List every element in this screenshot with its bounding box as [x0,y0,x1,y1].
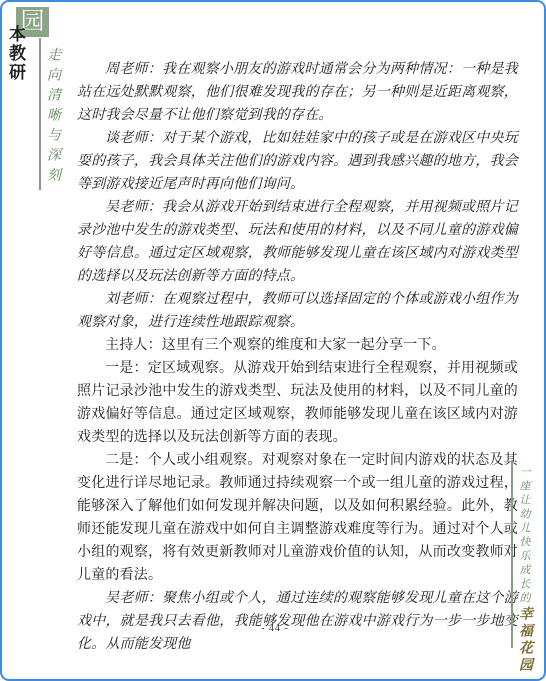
paragraph: 吴老师：聚焦小组或个人，通过连续的观察能够发现儿童在这个游戏中，就是我只去看他，… [77,587,518,656]
paragraph: 周老师：我在观察小朋友的游戏时通常会分为两种情况：一种是我站在远处默默观察，他们… [77,58,518,127]
book-page: 园 本教研 走向清晰与深刻 周老师：我在观察小朋友的游戏时通常会分为两种情况：一… [0,0,546,681]
left-divider-line [39,38,41,190]
paragraph: 二是：个人或小组观察。对观察对象在一定时间内游戏的状态及其变化进行详尽地记录。教… [77,449,518,587]
series-title-vertical: 本教研 [7,25,24,82]
paragraph: 主持人：这里有三个观察的维度和大家一起分享一下。 [77,334,518,357]
series-slogan-vertical: 走向清晰与深刻 [45,47,59,187]
paragraph: 谈老师：对于某个游戏，比如娃娃家中的孩子或是在游戏区中央玩耍的孩子，我会具体关注… [77,127,518,196]
page-body-text: 周老师：我在观察小朋友的游戏时通常会分为两种情况：一种是我站在远处默默观察，他们… [77,58,518,656]
paragraph: 刘老师：在观察过程中，教师可以选择固定的个体或游戏小组作为观察对象，进行连续性地… [77,288,518,334]
paragraph: 吴老师：我会从游戏开始到结束进行全程观察，并用视频或照片记录沙池中发生的游戏类型… [77,196,518,288]
tagline-text: 一座让幼儿快乐成长的 [518,466,530,606]
right-tagline-vertical: 一座让幼儿快乐成长的幸福花园 [516,466,532,674]
tagline-calligraphy: 幸福花园 [517,606,532,674]
page-number: - 44 - [2,623,546,634]
right-divider-line [511,460,513,648]
paragraph: 一是：定区域观察。从游戏开始到结束进行全程观察，并用视频或照片记录沙池中发生的游… [77,357,518,449]
